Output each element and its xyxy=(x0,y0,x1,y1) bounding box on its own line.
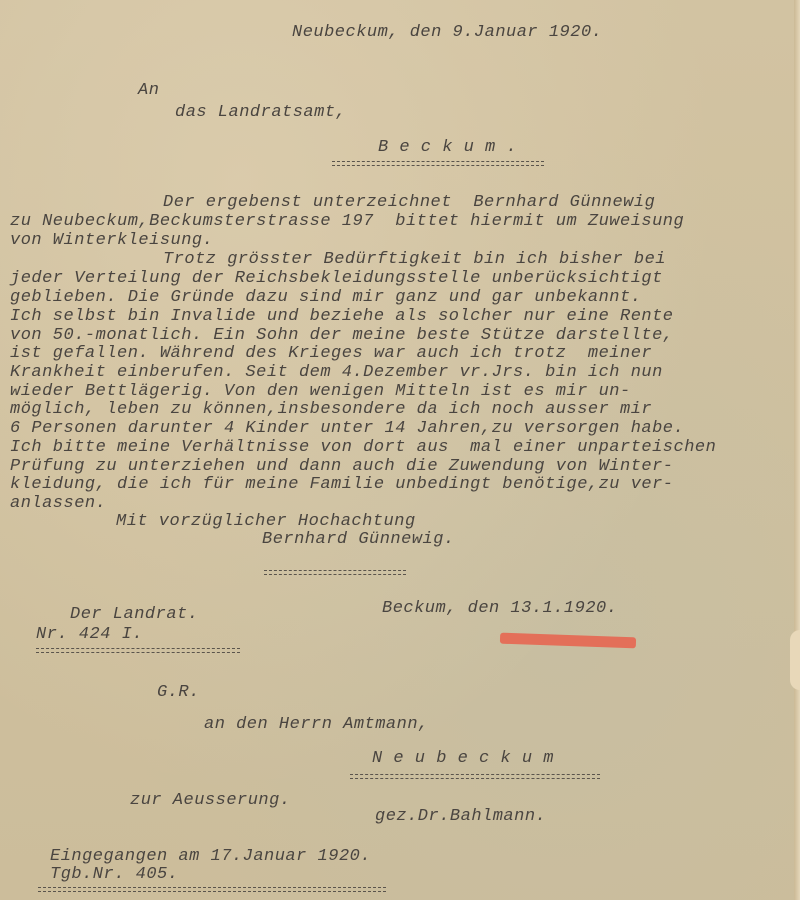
body-line: Trotz grösster Bedürftigkeit bin ich bis… xyxy=(163,251,666,268)
response-signed: gez.Dr.Bahlmann. xyxy=(375,808,546,825)
response-addressee: an den Herrn Amtmann, xyxy=(204,716,429,733)
body-line: Krankheit einberufen. Seit dem 4.Dezembe… xyxy=(10,364,663,381)
letter-dateline: Neubeckum, den 9.Januar 1920. xyxy=(292,24,602,41)
receipt-received: Eingegangen am 17.Januar 1920. xyxy=(50,848,371,865)
document-page: Neubeckum, den 9.Januar 1920. An das Lan… xyxy=(0,0,800,900)
body-line: Der ergebenst unterzeichnet Bernhard Gün… xyxy=(163,194,655,211)
reference-underline xyxy=(36,648,240,653)
salutation-to: An xyxy=(138,82,159,99)
body-line: geblieben. Die Gründe dazu sind mir ganz… xyxy=(10,289,641,306)
response-addressee-city: N e u b e c k u m xyxy=(372,750,554,767)
body-line: von 50.-monatlich. Ein Sohn der meine be… xyxy=(10,327,674,344)
body-line: 6 Personen darunter 4 Kinder unter 14 Ja… xyxy=(10,420,684,437)
city-underline xyxy=(350,774,600,779)
body-line: wieder Bettlägerig. Von den wenigen Mitt… xyxy=(10,383,631,400)
body-line: möglich, leben zu können,insbesondere da… xyxy=(10,401,652,418)
recipient: das Landratsamt, xyxy=(175,104,346,121)
separator-rule xyxy=(264,570,406,575)
receipt-journal-number: Tgb.Nr. 405. xyxy=(50,866,178,883)
response-office: Der Landrat. xyxy=(70,606,198,623)
body-line: Ich bitte meine Verhältnisse von dort au… xyxy=(10,439,716,456)
page-edge xyxy=(794,0,800,900)
body-line: kleidung, die ich für meine Familie unbe… xyxy=(10,476,674,493)
red-pencil-mark xyxy=(500,633,636,649)
body-line: anlassen. xyxy=(10,495,106,512)
body-line: jeder Verteilung der Reichsbekleidungsst… xyxy=(10,270,663,287)
response-reference: Nr. 424 I. xyxy=(36,626,143,643)
body-line: Prüfung zu unterziehen und dann auch die… xyxy=(10,458,674,475)
response-gr: G.R. xyxy=(157,684,200,701)
body-line: zu Neubeckum,Beckumsterstrasse 197 bitte… xyxy=(10,213,684,230)
body-line: von Winterkleisung. xyxy=(10,232,213,249)
body-line: Ich selbst bin Invalide und beziehe als … xyxy=(10,308,674,325)
closing: Mit vorzüglicher Hochachtung xyxy=(116,513,416,530)
receipt-underline xyxy=(38,887,386,892)
binder-tab xyxy=(790,630,800,690)
body-line: ist gefallen. Während des Krieges war au… xyxy=(10,345,652,362)
response-dateline: Beckum, den 13.1.1920. xyxy=(382,600,617,617)
recipient-city: B e c k u m . xyxy=(378,139,517,156)
signature: Bernhard Günnewig. xyxy=(262,531,455,548)
double-underline xyxy=(332,161,544,166)
response-instruction: zur Aeusserung. xyxy=(130,792,291,809)
